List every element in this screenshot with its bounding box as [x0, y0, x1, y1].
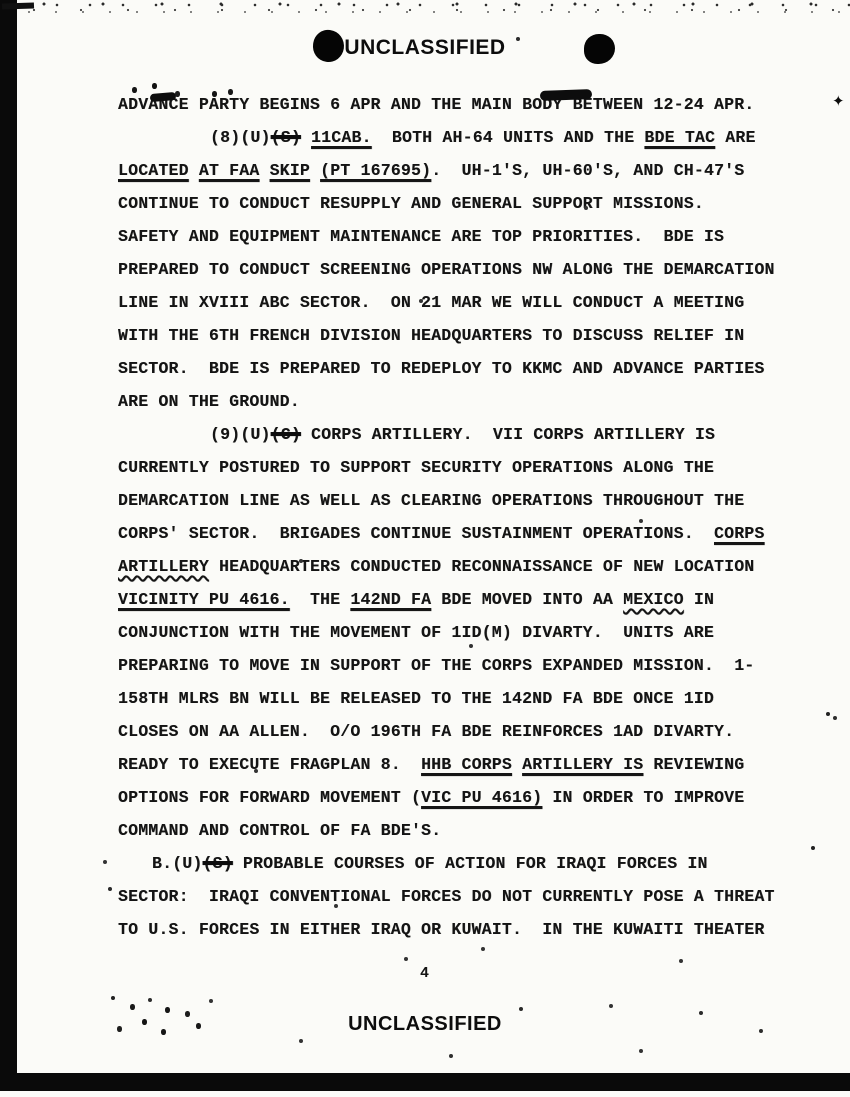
text-segment: OPTIONS FOR FORWARD MOVEMENT ( [118, 788, 421, 807]
text-segment: ARE ON THE GROUND. [118, 392, 300, 411]
text-segment: BDE MOVED INTO AA [431, 590, 623, 609]
handwritten-edge-mark: ✦ [832, 92, 845, 110]
document-line: B.(U)(S) PROBABLE COURSES OF ACTION FOR … [152, 847, 808, 880]
document-line: TO U.S. FORCES IN EITHER IRAQ OR KUWAIT.… [118, 913, 808, 946]
text-segment [301, 128, 311, 147]
document-line: ADVANCE PARTY BEGINS 6 APR AND THE MAIN … [118, 88, 808, 121]
text-segment: PREPARED TO CONDUCT SCREENING OPERATIONS… [118, 260, 775, 279]
text-segment: CONJUNCTION WITH THE MOVEMENT OF 1ID(M) … [118, 623, 714, 642]
document-line: DEMARCATION LINE AS WELL AS CLEARING OPE… [118, 484, 808, 517]
document-line: ARE ON THE GROUND. [118, 385, 808, 418]
document-line: PREPARING TO MOVE IN SUPPORT OF THE CORP… [118, 649, 808, 682]
scan-noise-top-band [20, 0, 850, 15]
underlined-text: 11CAB. [311, 128, 372, 147]
scan-edge-bottom-bar [0, 1073, 850, 1091]
text-segment: CLOSES ON AA ALLEN. O/O 196TH FA BDE REI… [118, 722, 734, 741]
text-segment: 158TH MLRS BN WILL BE RELEASED TO THE 14… [118, 689, 714, 708]
document-body: ADVANCE PARTY BEGINS 6 APR AND THE MAIN … [118, 88, 808, 946]
document-line: (8)(U)(S) 11CAB. BOTH AH-64 UNITS AND TH… [210, 121, 808, 154]
document-line: SECTOR: IRAQI CONVENTIONAL FORCES DO NOT… [118, 880, 808, 913]
document-line: CONTINUE TO CONDUCT RESUPPLY AND GENERAL… [118, 187, 808, 220]
text-segment: WITH THE 6TH FRENCH DIVISION HEADQUARTER… [118, 326, 744, 345]
underlined-text: LOCATED [118, 161, 189, 180]
text-segment: SAFETY AND EQUIPMENT MAINTENANCE ARE TOP… [118, 227, 724, 246]
text-segment: (9)(U) [210, 425, 271, 444]
text-segment: REVIEWING [643, 755, 744, 774]
document-line: READY TO EXECUTE FRAGPLAN 8. HHB CORPS A… [118, 748, 808, 781]
text-segment [310, 161, 320, 180]
underlined-text: VIC PU 4616) [421, 788, 542, 807]
text-segment: THE [290, 590, 351, 609]
document-line: PREPARED TO CONDUCT SCREENING OPERATIONS… [118, 253, 808, 286]
text-segment: PREPARING TO MOVE IN SUPPORT OF THE CORP… [118, 656, 754, 675]
text-segment: HEADQUARTERS CONDUCTED RECONNAISSANCE OF… [209, 557, 755, 576]
underlined-text: VICINITY PU 4616. [118, 590, 290, 609]
text-segment: . UH-1'S, UH-60'S, AND CH-47'S [431, 161, 744, 180]
text-segment: SECTOR: IRAQI CONVENTIONAL FORCES DO NOT… [118, 887, 775, 906]
text-segment: READY TO EXECUTE FRAGPLAN 8. [118, 755, 421, 774]
document-line: CORPS' SECTOR. BRIGADES CONTINUE SUSTAIN… [118, 517, 808, 550]
text-segment: (8)(U) [210, 128, 271, 147]
document-line: VICINITY PU 4616. THE 142ND FA BDE MOVED… [118, 583, 808, 616]
document-line: WITH THE 6TH FRENCH DIVISION HEADQUARTER… [118, 319, 808, 352]
document-line: (9)(U)(C) CORPS ARTILLERY. VII CORPS ART… [210, 418, 808, 451]
document-line: OPTIONS FOR FORWARD MOVEMENT (VIC PU 461… [118, 781, 808, 814]
document-line: ARTILLERY HEADQUARTERS CONDUCTED RECONNA… [118, 550, 808, 583]
text-segment: DEMARCATION LINE AS WELL AS CLEARING OPE… [118, 491, 744, 510]
underlined-text: MEXICO [623, 590, 684, 609]
text-segment [189, 161, 199, 180]
underlined-text: ARTILLERY IS [522, 755, 643, 774]
text-segment: TO U.S. FORCES IN EITHER IRAQ OR KUWAIT.… [118, 920, 765, 939]
text-segment: CORPS' SECTOR. BRIGADES CONTINUE SUSTAIN… [118, 524, 714, 543]
document-line: LINE IN XVIII ABC SECTOR. ON 21 MAR WE W… [118, 286, 808, 319]
underlined-text: AT FAA [199, 161, 260, 180]
document-line: COMMAND AND CONTROL OF FA BDE'S. [118, 814, 808, 847]
scan-artifact-corner [2, 2, 34, 9]
underlined-text: (PT 167695) [320, 161, 431, 180]
text-segment: LINE IN XVIII ABC SECTOR. ON 21 MAR WE W… [118, 293, 744, 312]
text-segment: CORPS ARTILLERY. VII CORPS ARTILLERY IS [301, 425, 715, 444]
struck-classification-marking: (S) [203, 854, 233, 873]
classification-banner-bottom: UNCLASSIFIED [0, 1013, 850, 1036]
document-line: 158TH MLRS BN WILL BE RELEASED TO THE 14… [118, 682, 808, 715]
ink-smudge [540, 89, 592, 101]
text-segment: IN [684, 590, 714, 609]
document-line: CLOSES ON AA ALLEN. O/O 196TH FA BDE REI… [118, 715, 808, 748]
text-segment: SECTOR. BDE IS PREPARED TO REDEPLOY TO K… [118, 359, 765, 378]
underlined-text: 142ND FA [350, 590, 431, 609]
underlined-text: CORPS [714, 524, 765, 543]
scanned-document-page: UNCLASSIFIED ADVANCE PARTY BEGINS 6 APR … [0, 0, 850, 1097]
text-segment [259, 161, 269, 180]
scan-noise-specks [0, 0, 3, 4]
underlined-text: ARTILLERY [118, 557, 209, 576]
classification-banner-top: UNCLASSIFIED [0, 36, 850, 60]
text-segment: PROBABLE COURSES OF ACTION FOR IRAQI FOR… [233, 854, 708, 873]
underlined-text: HHB CORPS [421, 755, 512, 774]
document-line: CURRENTLY POSTURED TO SUPPORT SECURITY O… [118, 451, 808, 484]
page-number: 4 [0, 965, 850, 982]
text-segment [512, 755, 522, 774]
underlined-text: BDE TAC [644, 128, 715, 147]
underlined-text: SKIP [270, 161, 310, 180]
text-segment: COMMAND AND CONTROL OF FA BDE'S. [118, 821, 441, 840]
document-line: SAFETY AND EQUIPMENT MAINTENANCE ARE TOP… [118, 220, 808, 253]
scan-edge-left-bar [0, 0, 17, 1091]
text-segment: B.(U) [152, 854, 203, 873]
document-line: LOCATED AT FAA SKIP (PT 167695). UH-1'S,… [118, 154, 808, 187]
text-segment: ARE [715, 128, 755, 147]
text-segment: IN ORDER TO IMPROVE [542, 788, 744, 807]
text-segment: CURRENTLY POSTURED TO SUPPORT SECURITY O… [118, 458, 714, 477]
text-segment: BOTH AH-64 UNITS AND THE [372, 128, 645, 147]
document-line: SECTOR. BDE IS PREPARED TO REDEPLOY TO K… [118, 352, 808, 385]
document-line: CONJUNCTION WITH THE MOVEMENT OF 1ID(M) … [118, 616, 808, 649]
struck-classification-marking: (S) [271, 128, 301, 147]
struck-classification-marking: (C) [271, 425, 301, 444]
text-segment: CONTINUE TO CONDUCT RESUPPLY AND GENERAL… [118, 194, 704, 213]
text-segment: ADVANCE PARTY BEGINS 6 APR AND THE MAIN … [118, 95, 754, 114]
